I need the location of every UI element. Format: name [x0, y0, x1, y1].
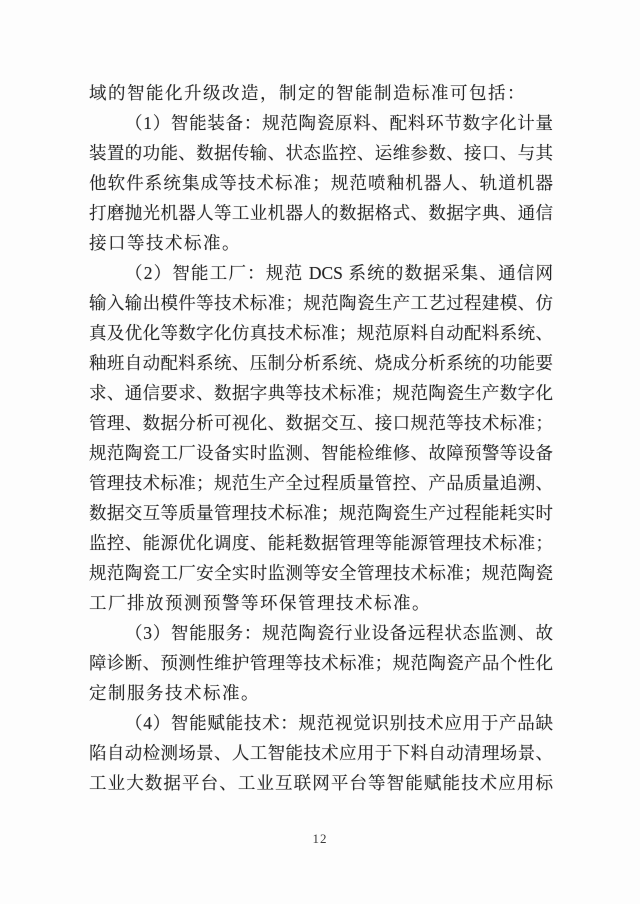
document-line: 障诊断、预测性维护管理等技术标准；规范陶瓷产品个性化 [89, 648, 553, 678]
page-number: 12 [0, 831, 640, 847]
document-line: 规范陶瓷工厂安全实时监测等安全管理技术标准；规范陶瓷 [89, 558, 553, 588]
document-line: 规范陶瓷工厂设备实时监测、智能检维修、故障预警等设备 [89, 438, 553, 468]
document-line: 求、通信要求、数据字典等技术标准；规范陶瓷生产数字化 [89, 378, 553, 408]
document-line paragraph-end: 定制服务技术标准。 [89, 678, 553, 708]
document-line: 数据交互等质量管理技术标准；规范陶瓷生产过程能耗实时 [89, 498, 553, 528]
document-line paragraph-start: （2）智能工厂：规范 DCS 系统的数据采集、通信网络、 [89, 258, 553, 288]
document-line paragraph-start: （4）智能赋能技术：规范视觉识别技术应用于产品缺 [89, 708, 553, 738]
document-line paragraph-start: （3）智能服务：规范陶瓷行业设备远程状态监测、故 [89, 618, 553, 648]
document-line: 管理、数据分析可视化、数据交互、接口规范等技术标准； [89, 408, 553, 438]
document-line: 监控、能源优化调度、能耗数据管理等能源管理技术标准； [89, 528, 553, 558]
document-line: 装置的功能、数据传输、状态监控、运维参数、接口、与其 [89, 138, 553, 168]
document-line: 釉班自动配料系统、压制分析系统、烧成分析系统的功能要 [89, 348, 553, 378]
document-line paragraph-start: （1）智能装备：规范陶瓷原料、配料环节数字化计量 [89, 108, 553, 138]
document-line: 输入输出模件等技术标准；规范陶瓷生产工艺过程建模、仿 [89, 288, 553, 318]
document-page: 域的智能化升级改造，制定的智能制造标准可包括： （1）智能装备：规范陶瓷原料、配… [0, 0, 640, 904]
document-line: 管理技术标准；规范生产全过程质量管控、产品质量追溯、 [89, 468, 553, 498]
document-line: 他软件系统集成等技术标准；规范喷釉机器人、轨道机器人、 [89, 168, 553, 198]
document-line: 工业大数据平台、工业互联网平台等智能赋能技术应用标 [89, 768, 553, 798]
document-line: 真及优化等数字化仿真技术标准；规范原料自动配料系统、 [89, 318, 553, 348]
document-line paragraph-end: 接口等技术标准。 [89, 228, 553, 258]
document-text-block: 域的智能化升级改造，制定的智能制造标准可包括： （1）智能装备：规范陶瓷原料、配… [89, 78, 553, 798]
document-line: 陷自动检测场景、人工智能技术应用于下料自动清理场景、 [89, 738, 553, 768]
document-line: 打磨抛光机器人等工业机器人的数据格式、数据字典、通信 [89, 198, 553, 228]
document-line: 域的智能化升级改造，制定的智能制造标准可包括： [89, 78, 553, 108]
document-line paragraph-end: 工厂排放预测预警等环保管理技术标准。 [89, 588, 553, 618]
